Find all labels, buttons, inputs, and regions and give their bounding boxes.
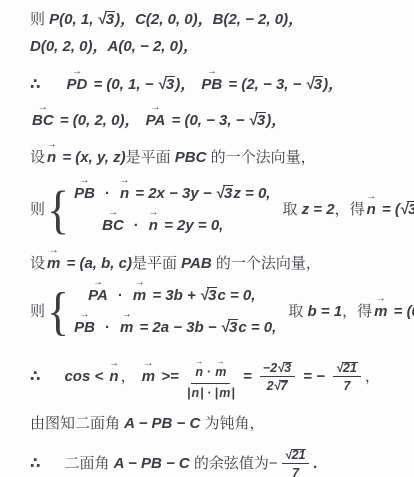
- fraction-numerator: √21: [333, 361, 361, 377]
- vector-n: →n: [367, 200, 376, 220]
- math-run: )，: [266, 111, 286, 131]
- fraction-numerator: −2√3: [260, 361, 295, 377]
- vector-arrow-icon: →: [80, 310, 90, 319]
- zh-then: 则: [30, 302, 45, 322]
- math-run: PAB: [181, 254, 212, 274]
- line-points-1: 则 P(0, 1, √3)，C(2, 0, 0)，B(2, − 2, 0)，: [30, 10, 410, 30]
- system-equations: →PA·→m = 3b + √3c = 0, →PB·→m = 2a − 3b …: [72, 286, 276, 338]
- vector-arrow-icon: →: [143, 359, 153, 368]
- zh-run: 得: [350, 200, 365, 220]
- system-conclusion: 取 z = 2，得→n = (√3,0,2).: [282, 200, 414, 220]
- therefore-symbol: ∴: [30, 367, 40, 387]
- vector-m: →m: [120, 318, 133, 338]
- vector-label: m: [215, 365, 226, 379]
- system-equations: →PB·→n = 2x − 3y − √3z = 0, →BC·→n = 2y …: [72, 184, 270, 236]
- math-run: =: [239, 367, 256, 387]
- math-run: >=: [157, 367, 183, 387]
- vector-arrow-icon: →: [150, 103, 160, 112]
- math-run: z = 2: [302, 200, 335, 220]
- math-run: = 2x − 3y −: [131, 184, 216, 204]
- fraction-denominator: 7: [292, 464, 299, 477]
- zh-run: 为钝角，: [200, 414, 264, 434]
- vector-label: n: [191, 386, 199, 400]
- fraction-denominator: 2√7: [267, 377, 289, 393]
- zh-run: 由图知二面角: [30, 414, 124, 434]
- sqrt-radicand: 3: [105, 11, 115, 27]
- zh-then: 则: [30, 200, 45, 220]
- math-run: = (2, − 3, −: [224, 75, 305, 95]
- zh-run: 取: [288, 302, 307, 322]
- vector-label: n: [109, 368, 118, 385]
- system-brace: {: [47, 286, 69, 339]
- vector-label: n: [120, 185, 129, 202]
- zh-then: 则: [30, 10, 49, 30]
- sqrt: √3: [98, 10, 116, 30]
- sqrt: √7: [274, 379, 289, 393]
- zh-run: ，: [365, 367, 380, 387]
- vector-arrow-icon: →: [49, 246, 59, 255]
- zh-run: 设: [30, 148, 45, 168]
- vector-n: →n: [149, 216, 158, 236]
- vector-arrow-icon: →: [135, 278, 145, 287]
- math-run: c = 0,: [217, 286, 255, 306]
- math-run: PBC: [175, 148, 207, 168]
- zh-run: 取: [282, 200, 301, 220]
- vector-n: →n: [191, 386, 199, 400]
- sqrt-radicand: 3: [283, 362, 292, 374]
- therefore-symbol: ∴: [30, 75, 40, 95]
- vector-m: →m: [133, 286, 146, 306]
- therefore-symbol: ∴: [30, 454, 40, 474]
- equation-BC-dot-n: →BC·→n = 2y = 0,: [100, 216, 270, 236]
- dot-product-icon: ·: [118, 286, 123, 306]
- sqrt-radicand: 21: [291, 449, 307, 461]
- vector-label: m: [142, 368, 155, 385]
- vector-label: PB: [74, 319, 95, 336]
- math-run: = (: [378, 200, 400, 220]
- sqrt: √3: [158, 75, 176, 95]
- fraction-dot-over-norms: →n·→m |→n| · |→m|: [187, 354, 235, 400]
- vector-arrow-icon: →: [376, 294, 386, 303]
- math-run: 7: [343, 379, 350, 393]
- vector-label: PB: [74, 185, 95, 202]
- math-run: c = 0,: [238, 318, 276, 338]
- vector-arrow-icon: →: [191, 378, 199, 387]
- equation-PB-dot-m: →PB·→m = 2a − 3b − √3c = 0,: [72, 318, 276, 338]
- fraction-value: −2√3 2√7: [260, 361, 295, 393]
- dot-product-icon: ·: [134, 216, 139, 236]
- vector-arrow-icon: →: [366, 192, 376, 201]
- line-vectors-BC-PA: →BC = (0, 2, 0)， →PA = (0, − 3, − √3)，: [30, 111, 410, 131]
- sqrt-radicand: 3: [228, 319, 238, 335]
- vector-label: m: [133, 287, 146, 304]
- equation-system-plane-PBC: 则 { →PB·→n = 2x − 3y − √3z = 0, →BC·→n =…: [30, 184, 410, 236]
- line-vectors-PD-PB: ∴→PD = (0, 1, − √3)， →PB = (2, − 3, − √3…: [30, 75, 410, 95]
- sqrt: √3: [216, 184, 234, 204]
- line-points-2: D(0, 2, 0)，A(0, − 2, 0)，: [30, 37, 410, 57]
- vector-arrow-icon: →: [108, 208, 118, 217]
- math-run: P(0, 1,: [49, 10, 97, 30]
- sqrt-radicand: 3: [256, 112, 266, 128]
- vector-PD: →PD: [66, 75, 87, 95]
- line-final-conclusion: ∴二面角 A − PB − C 的余弦值为− √21 7 .: [30, 448, 410, 477]
- equation-PA-dot-m: →PA·→m = 3b + √3c = 0,: [86, 286, 276, 306]
- zh-run: 设: [30, 254, 45, 274]
- zh-run: 得: [357, 302, 372, 322]
- vector-n: →n: [109, 367, 118, 387]
- equation-PB-dot-n: →PB·→n = 2x − 3y − √3z = 0,: [72, 184, 270, 204]
- vector-label: PB: [201, 76, 222, 93]
- zh-run: 二面角: [64, 454, 113, 474]
- math-run: = (x, y, z): [58, 148, 125, 168]
- vector-label: BC: [102, 217, 124, 234]
- math-run: )，: [175, 75, 199, 95]
- vector-PB: →PB: [74, 184, 95, 204]
- vector-label: PA: [146, 112, 166, 129]
- math-run: .: [313, 454, 317, 474]
- vector-PB: →PB: [74, 318, 95, 338]
- system-conclusion: 取 b = 1，得→m = (0, 1, − √3)，: [288, 302, 414, 322]
- zh-run: 的一个法向量，: [212, 254, 321, 274]
- zh-run: 是平面: [126, 148, 175, 168]
- vector-label: PD: [66, 76, 87, 93]
- math-run: −2: [263, 361, 277, 375]
- math-run: b = 1: [307, 302, 342, 322]
- sqrt-radicand: 3: [207, 287, 217, 303]
- zh-run: 的余弦值为−: [190, 454, 278, 474]
- vector-arrow-icon: →: [148, 208, 158, 217]
- vector-m: →m: [219, 386, 230, 400]
- vector-m: →m: [47, 254, 60, 274]
- vector-PA: →PA: [88, 286, 108, 306]
- dot-product-icon: ·: [207, 362, 211, 382]
- equation-system-plane-PAB: 则 { →PA·→m = 3b + √3c = 0, →PB·→m = 2a −…: [30, 286, 410, 338]
- vector-arrow-icon: →: [207, 67, 217, 76]
- math-run: |: [231, 386, 235, 400]
- math-run: = (0, 2, 0)，: [56, 111, 144, 131]
- math-run: 2: [267, 379, 274, 393]
- vector-PA: →PA: [146, 111, 166, 131]
- vector-n: →n: [47, 148, 56, 168]
- math-run: | · |: [200, 386, 218, 400]
- vector-label: PA: [88, 287, 108, 304]
- zh-run: ，: [121, 367, 140, 387]
- vector-label: m: [47, 255, 60, 272]
- math-run: cos <: [64, 367, 107, 387]
- vector-arrow-icon: →: [221, 378, 229, 387]
- vector-BC: →BC: [102, 216, 124, 236]
- vector-arrow-icon: →: [217, 357, 225, 366]
- vector-arrow-icon: →: [109, 359, 119, 368]
- vector-label: n: [149, 217, 158, 234]
- sqrt: √3: [400, 200, 414, 220]
- vector-arrow-icon: →: [120, 176, 130, 185]
- vector-label: BC: [32, 112, 54, 129]
- line-obtuse-angle-note: 由图知二面角 A − PB − C 为钝角，: [30, 414, 410, 434]
- math-run: = (0, 1, −: [389, 302, 414, 322]
- vector-label: m: [120, 319, 133, 336]
- vector-PB: →PB: [201, 75, 222, 95]
- sqrt: √3: [221, 318, 239, 338]
- line-define-normal-n: 设→n = (x, y, z)是平面 PBC 的一个法向量，: [30, 148, 410, 168]
- zh-run: 是平面: [132, 254, 181, 274]
- math-run: z = 0,: [233, 184, 270, 204]
- vector-label: m: [219, 386, 230, 400]
- sqrt-radicand: 21: [342, 362, 358, 374]
- math-run: )，C(2, 0, 0)，B(2, − 2, 0)，: [115, 10, 303, 30]
- vector-n: →n: [195, 365, 203, 379]
- fraction-denominator: 7: [343, 377, 350, 393]
- math-run: D(0, 2, 0)，A(0, − 2, 0)，: [30, 37, 198, 57]
- line-define-normal-m: 设→m = (a, b, c)是平面 PAB 的一个法向量，: [30, 254, 410, 274]
- vector-arrow-icon: →: [195, 357, 203, 366]
- math-run: = 3b +: [148, 286, 200, 306]
- fraction-sqrt21-over-7: √21 7: [333, 361, 361, 393]
- vector-arrow-icon: →: [80, 176, 90, 185]
- zh-run: ，: [342, 302, 357, 322]
- vector-label: n: [367, 201, 376, 218]
- sqrt: √3: [277, 361, 292, 375]
- math-run: = (a, b, c): [62, 254, 132, 274]
- vector-m: →m: [374, 302, 387, 322]
- sqrt: √3: [249, 111, 267, 131]
- vector-m: →m: [215, 365, 226, 379]
- fraction-numerator: √21: [282, 448, 310, 464]
- math-run: |: [187, 386, 191, 400]
- sqrt-radicand: 3: [165, 76, 175, 92]
- dot-product-icon: ·: [105, 318, 110, 338]
- fraction-sqrt21-over-7: √21 7: [282, 448, 310, 477]
- math-run: = 2a − 3b −: [135, 318, 220, 338]
- sqrt-radicand: 7: [279, 380, 288, 392]
- math-run: A − PB − C: [124, 414, 200, 434]
- sqrt-radicand: 3: [223, 185, 233, 201]
- vector-arrow-icon: →: [38, 103, 48, 112]
- zh-run: 的一个法向量，: [206, 148, 315, 168]
- sqrt: √3: [200, 286, 218, 306]
- vector-label: n: [195, 365, 203, 379]
- vector-arrow-icon: →: [72, 67, 82, 76]
- vector-n: →n: [120, 184, 129, 204]
- vector-arrow-icon: →: [93, 278, 103, 287]
- vector-arrow-icon: →: [122, 310, 132, 319]
- system-brace: {: [47, 184, 69, 237]
- sqrt-radicand: 3: [407, 201, 414, 217]
- math-run: = (0, 1, −: [89, 75, 157, 95]
- vector-label: n: [47, 149, 56, 166]
- sqrt: √21: [336, 361, 358, 375]
- line-cosine-computation: ∴cos < →n， →m >= →n·→m |→n| · |→m| = −2√…: [30, 354, 410, 400]
- sqrt: √3: [306, 75, 324, 95]
- zh-run: ，: [335, 200, 350, 220]
- vector-m: →m: [142, 367, 155, 387]
- math-run: = 2y = 0,: [160, 216, 223, 236]
- math-run: A − PB − C: [114, 454, 190, 474]
- vector-label: m: [374, 303, 387, 320]
- sqrt-radicand: 3: [313, 76, 323, 92]
- dot-product-icon: ·: [105, 184, 110, 204]
- math-run: )，: [323, 75, 343, 95]
- math-solution-document: 则 P(0, 1, √3)，C(2, 0, 0)，B(2, − 2, 0)， D…: [0, 0, 414, 477]
- math-run: = (0, − 3, −: [167, 111, 248, 131]
- sqrt: √21: [285, 448, 307, 462]
- fraction-denominator: |→n| · |→m|: [187, 384, 235, 400]
- math-run: 7: [292, 466, 299, 477]
- vector-arrow-icon: →: [47, 140, 57, 149]
- vector-BC: →BC: [32, 111, 54, 131]
- math-run: = −: [299, 367, 329, 387]
